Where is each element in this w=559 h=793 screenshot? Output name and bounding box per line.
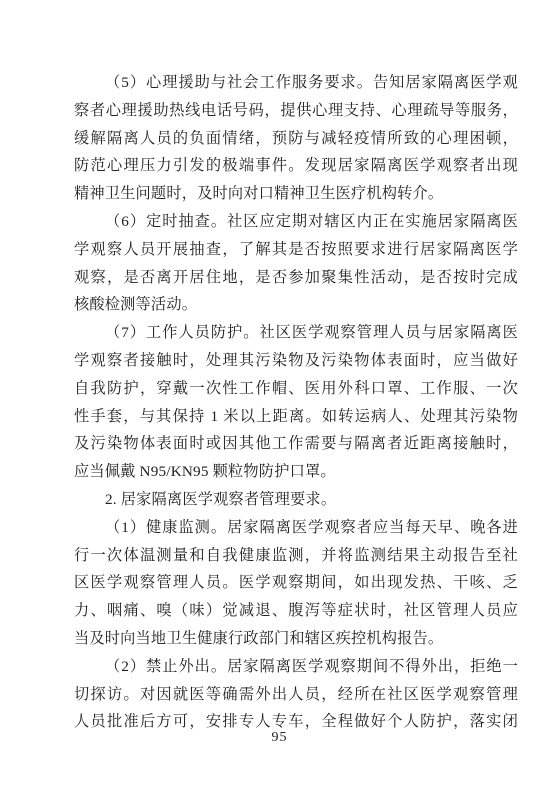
- text-line: 行一次体温测量和自我健康监测，并将监测结果主动报告至社: [74, 542, 518, 570]
- text-line: （6）定时抽查。社区应定期对辖区内正在实施居家隔离医: [74, 208, 518, 236]
- text-line: 学观察人员开展抽查，了解其是否按照要求进行居家隔离医学: [74, 236, 518, 264]
- text-line: （1）健康监测。居家隔离医学观察者应当每天早、晚各进: [74, 514, 518, 542]
- text-line: 学观察者接触时，处理其污染物及污染物体表面时，应当做好: [74, 347, 518, 375]
- text-line: 观察，是否离开居住地，是否参加聚集性活动，是否按时完成: [74, 264, 518, 292]
- text-line: 切探访。对因就医等确需外出人员，经所在社区医学观察管理: [74, 681, 518, 709]
- text-line: 缓解隔离人员的负面情绪，预防与减轻疫情所致的心理困顿，: [74, 125, 518, 153]
- page-number: 95: [0, 729, 559, 746]
- text-line: 自我防护，穿戴一次性工作帽、医用外科口罩、工作服、一次: [74, 375, 518, 403]
- text-line: 及污染物体表面时或因其他工作需要与隔离者近距离接触时，: [74, 430, 518, 458]
- paragraph: （5）心理援助与社会工作服务要求。告知居家隔离医学观察者心理援助热线电话号码，提…: [74, 69, 518, 208]
- text-line: （7）工作人员防护。社区医学观察管理人员与居家隔离医: [74, 319, 518, 347]
- text-line: 力、咽痛、嗅（味）觉减退、腹泻等症状时，社区管理人员应: [74, 597, 518, 625]
- text-line: 防范心理压力引发的极端事件。发现居家隔离医学观察者出现: [74, 152, 518, 180]
- paragraph: （7）工作人员防护。社区医学观察管理人员与居家隔离医学观察者接触时，处理其污染物…: [74, 319, 518, 486]
- text-line: （5）心理援助与社会工作服务要求。告知居家隔离医学观: [74, 69, 518, 97]
- text-line: 性手套，与其保持 1 米以上距离。如转运病人、处理其污染物: [74, 403, 518, 431]
- text-line: 精神卫生问题时，及时向对口精神卫生医疗机构转介。: [74, 180, 518, 208]
- text-line: 察者心理援助热线电话号码，提供心理支持、心理疏导等服务，: [74, 97, 518, 125]
- paragraph: （2）禁止外出。居家隔离医学观察期间不得外出，拒绝一切探访。对因就医等确需外出人…: [74, 653, 518, 736]
- text-line: 2. 居家隔离医学观察者管理要求。: [74, 486, 518, 514]
- text-line: 核酸检测等活动。: [74, 291, 518, 319]
- document-page: （5）心理援助与社会工作服务要求。告知居家隔离医学观察者心理援助热线电话号码，提…: [0, 0, 559, 793]
- document-body: （5）心理援助与社会工作服务要求。告知居家隔离医学观察者心理援助热线电话号码，提…: [74, 69, 518, 736]
- paragraph: 2. 居家隔离医学观察者管理要求。: [74, 486, 518, 514]
- text-line: 应当佩戴 N95/KN95 颗粒物防护口罩。: [74, 458, 518, 486]
- text-line: （2）禁止外出。居家隔离医学观察期间不得外出，拒绝一: [74, 653, 518, 681]
- paragraph: （6）定时抽查。社区应定期对辖区内正在实施居家隔离医学观察人员开展抽查，了解其是…: [74, 208, 518, 319]
- text-line: 区医学观察管理人员。医学观察期间，如出现发热、干咳、乏: [74, 569, 518, 597]
- paragraph: （1）健康监测。居家隔离医学观察者应当每天早、晚各进行一次体温测量和自我健康监测…: [74, 514, 518, 653]
- text-line: 当及时向当地卫生健康行政部门和辖区疾控机构报告。: [74, 625, 518, 653]
